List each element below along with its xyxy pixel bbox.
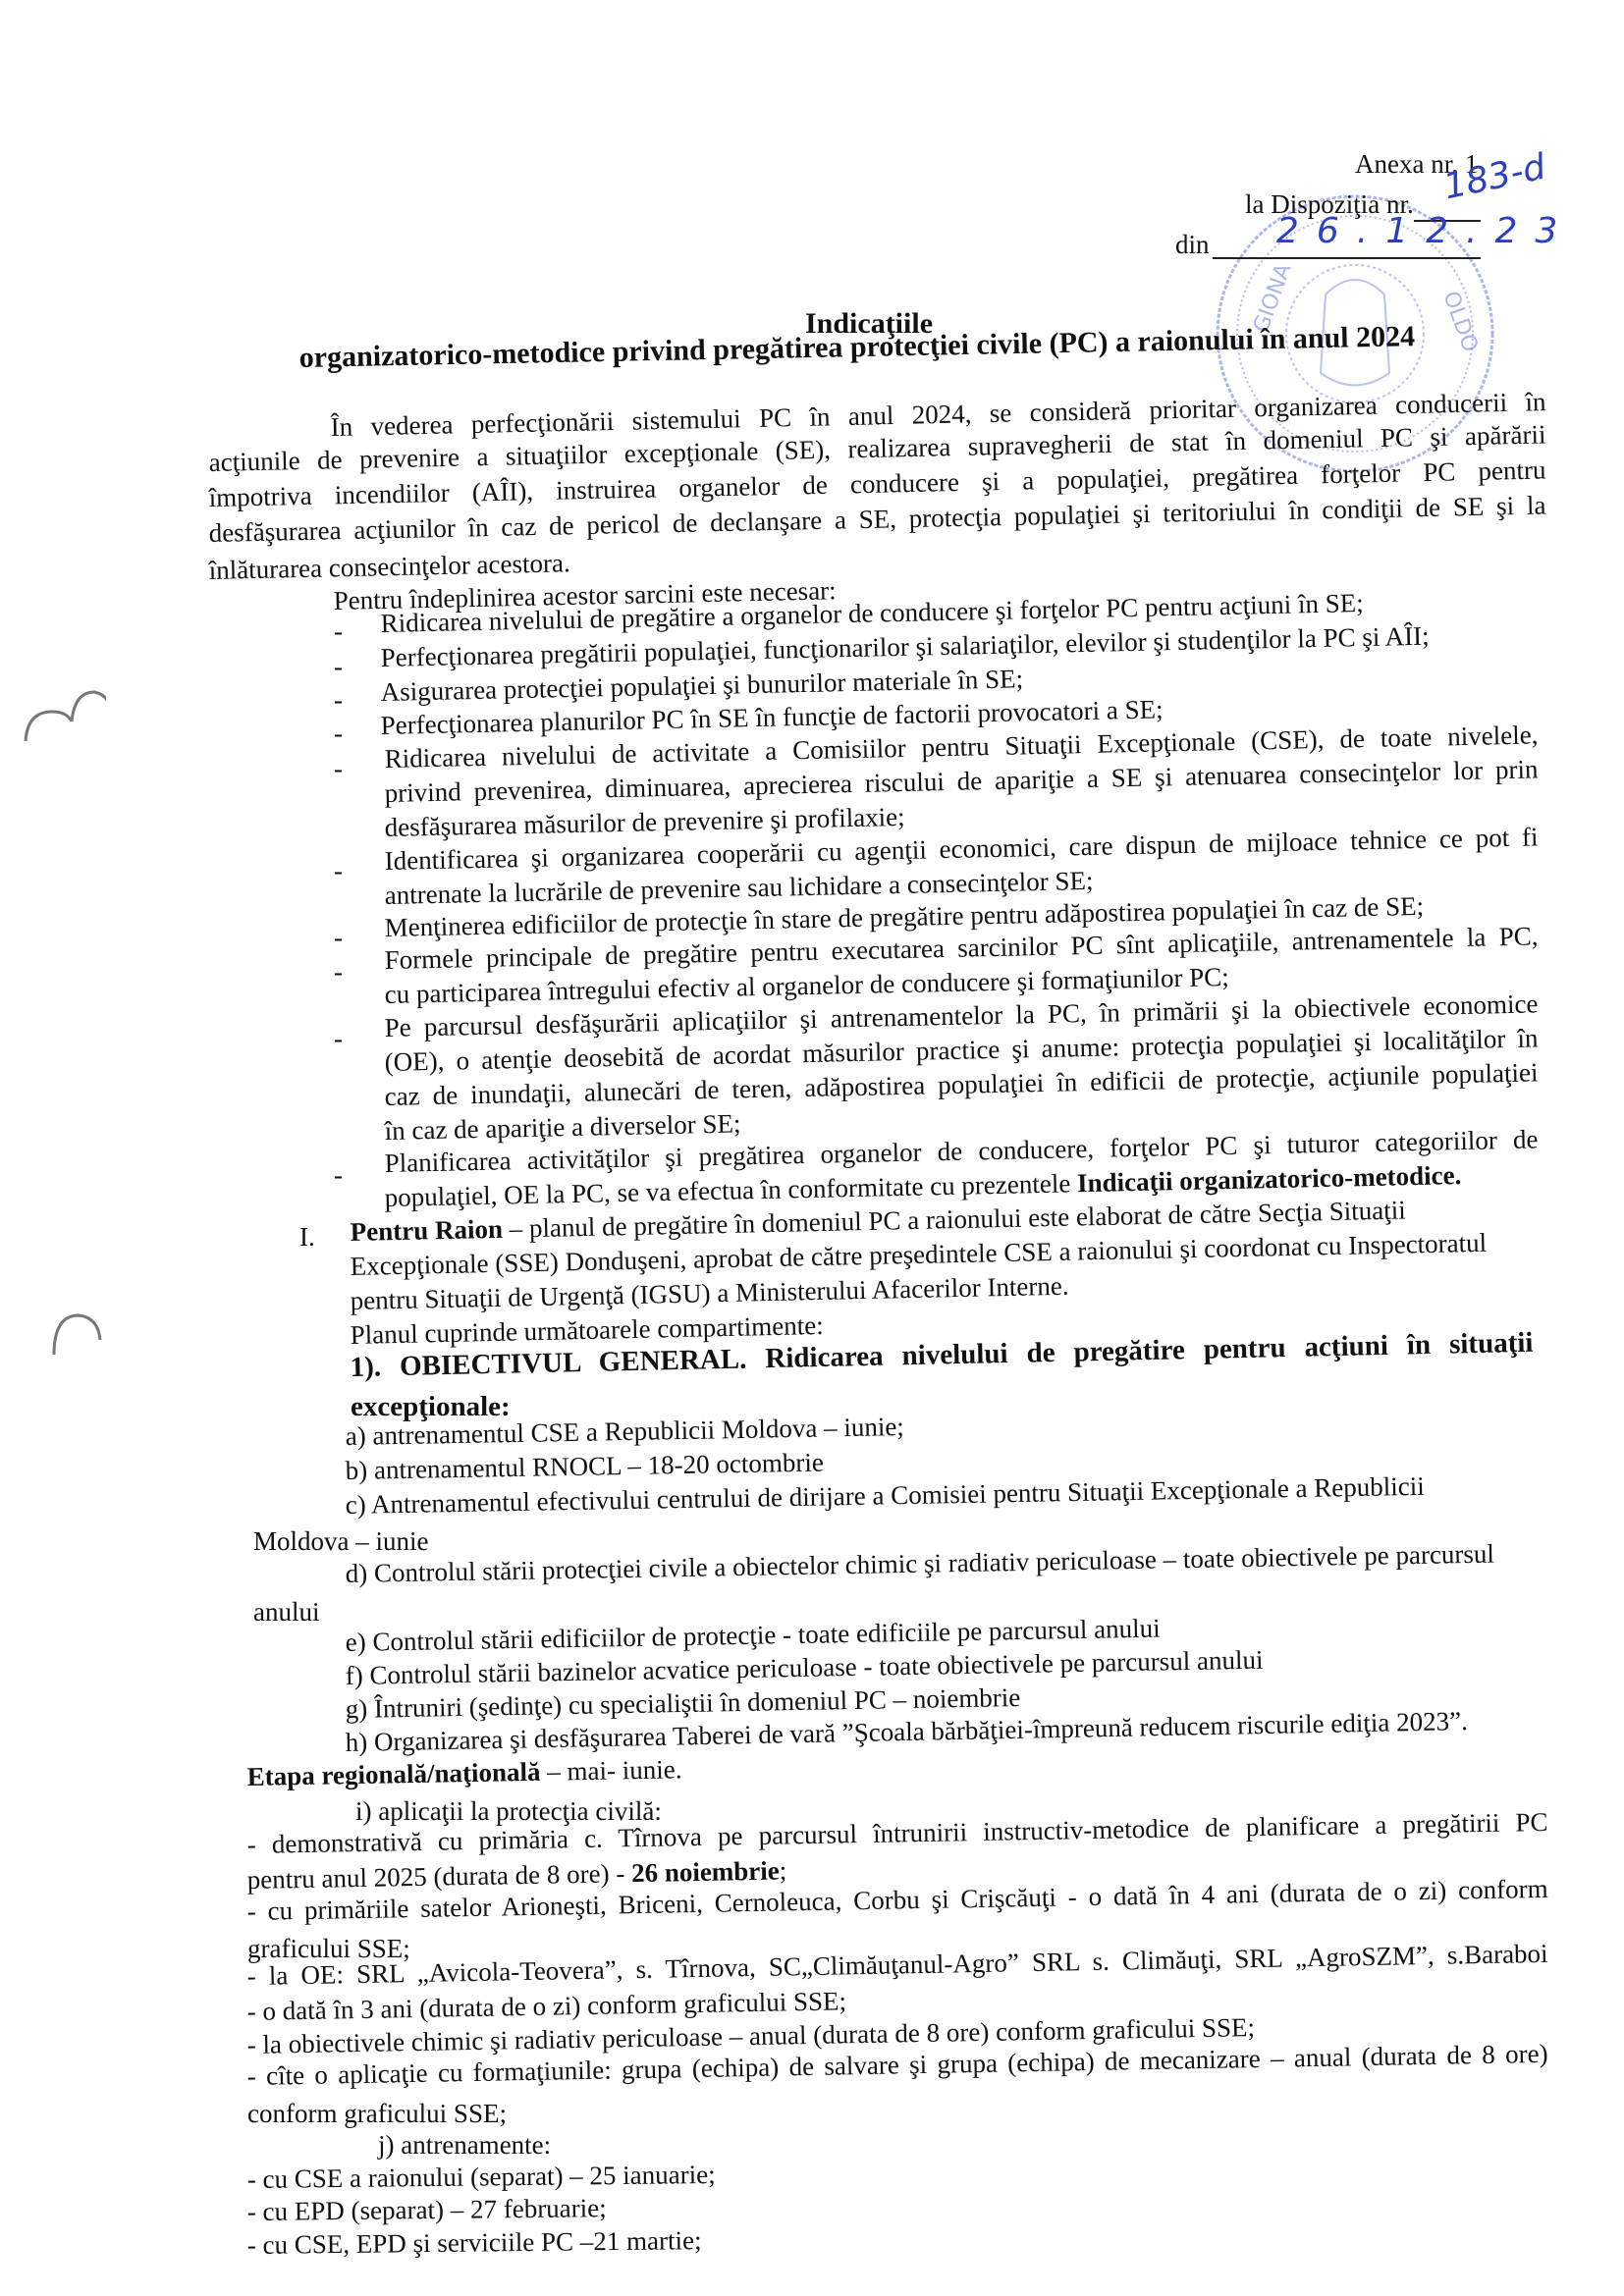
exercise-text: pentru anul 2025 (durata de 8 ore) - [246,1858,631,1895]
exercises-heading: i) aplicaţii la protecţia civilă: [355,1796,662,1826]
date-handwritten: 26.12.23 [1276,211,1575,251]
punch-hole-mark [18,687,106,746]
list-bullet: - [334,652,343,681]
exercise-date: 26 noiembrie [631,1856,780,1889]
section-number: I. [299,1222,315,1252]
general-objective-continuation: excepţionale: [351,1392,511,1421]
activity-item-continuation: Moldova – iunie [253,1526,428,1556]
document-page: GIONA OLDO Anexa nr. 1 la Dispoziţia nr.… [0,0,1624,2296]
list-bullet: - [334,719,343,748]
activity-item: b) antrenamentul RNOCL – 18-20 octombrie [345,1448,824,1485]
task-bold-reference: Indicaţii organizatorico-metodice. [1077,1160,1462,1198]
activity-item: d) Controlul stării protecţiei civile a … [345,1539,1494,1588]
date-line [1213,257,1481,259]
stage-period: – mai- iunie. [540,1754,681,1787]
exercise-item: - la OE: SRL „Avicola-Teovera”, s. Tîrno… [246,1939,1547,1991]
list-bullet: - [334,754,343,783]
exercise-item-continuation: conform graficului SSE; [247,2099,507,2128]
list-bullet: - [334,1024,343,1053]
stage-heading: Etapa regională/naţională [246,1757,540,1791]
list-bullet: - [334,923,343,952]
punch-hole-mark [49,1310,108,1369]
trainings-heading: j) antrenamente: [378,2130,551,2160]
stage-line: Etapa regională/naţională – mai- iunie. [246,1754,681,1791]
exercise-text: ; [779,1855,786,1885]
list-bullet: - [334,856,343,885]
list-bullet: - [334,1160,343,1190]
exercise-item-continuation: - o dată în 3 ani (durata de o zi) confo… [246,1986,846,2026]
activity-item-continuation: anului [253,1597,320,1627]
list-bullet: - [334,957,343,987]
date-label: din [1175,230,1210,259]
list-bullet: - [334,616,343,646]
task-item-continuation: în caz de apariţie a diverselor SE; [384,1108,740,1146]
intro-line: înlăturarea consecinţelor acestora. [208,548,570,585]
section-I-heading: Pentru Raion [350,1214,503,1247]
training-item: - cu CSE a raionului (separat) – 25 ianu… [247,2160,716,2194]
training-item: - cu CSE, EPD şi serviciile PC –21 marti… [247,2225,702,2260]
list-bullet: - [334,685,343,715]
training-item: - cu EPD (separat) – 27 februarie; [247,2193,607,2226]
svg-text:OLDO: OLDO [1437,289,1482,356]
